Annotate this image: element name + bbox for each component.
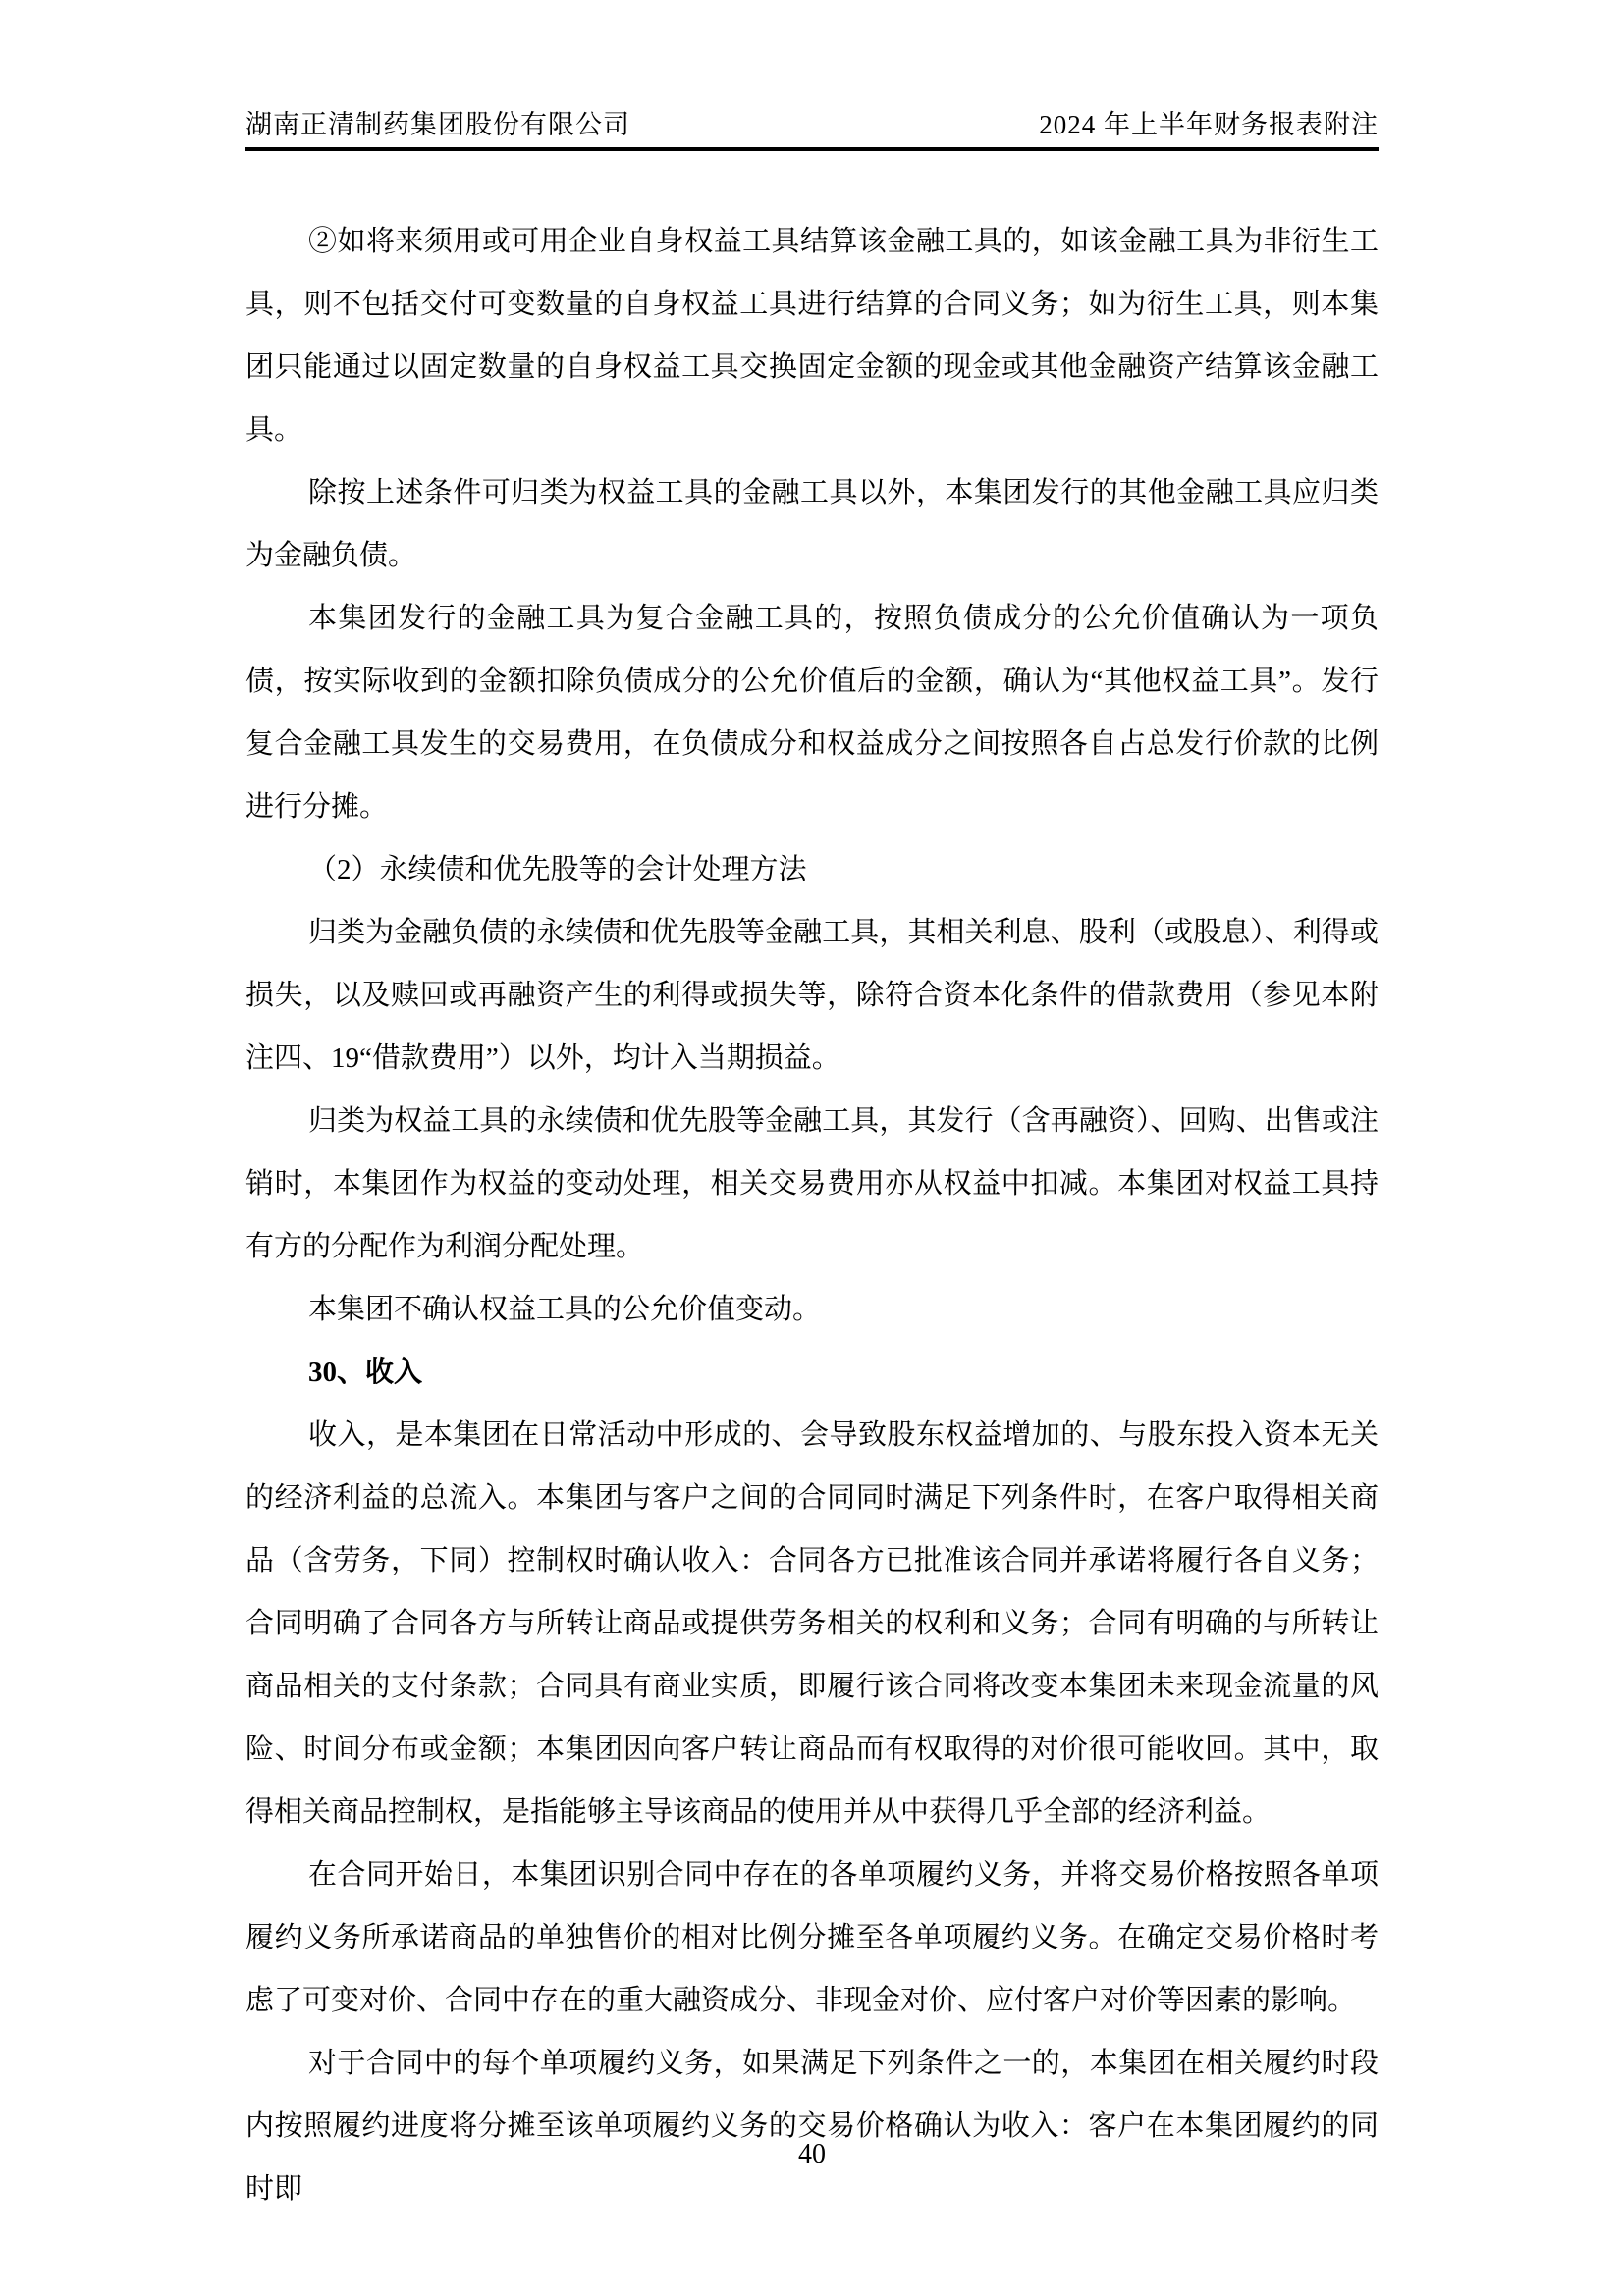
paragraph-no-fair-value-change: 本集团不确认权益工具的公允价值变动。 [245,1278,1379,1341]
paragraph-revenue-definition: 收入，是本集团在日常活动中形成的、会导致股东权益增加的、与股东投入资本无关的经济… [245,1404,1379,1843]
document-page: 湖南正清制药集团股份有限公司 2024 年上半年财务报表附注 ②如将来须用或可用… [0,0,1624,2296]
document-body: ②如将来须用或可用企业自身权益工具结算该金融工具的，如该金融工具为非衍生工具，则… [245,210,1379,2220]
paragraph-compound-financial-instruments: 本集团发行的金融工具为复合金融工具的，按照负债成分的公允价值确认为一项负债，按实… [245,587,1379,838]
subheading-perpetual-bonds-preferred-shares: （2）永续债和优先股等的会计处理方法 [245,838,1379,901]
report-title: 2024 年上半年财务报表附注 [1039,110,1379,139]
page-header: 湖南正清制药集团股份有限公司 2024 年上半年财务报表附注 [245,0,1379,151]
section-heading-revenue: 30、收入 [245,1341,1379,1404]
paragraph-perpetual-bonds-as-equity: 归类为权益工具的永续债和优先股等金融工具，其发行（含再融资）、回购、出售或注销时… [245,1090,1379,1278]
page-number: 40 [798,2139,826,2169]
page-footer: 40 [0,2138,1624,2171]
paragraph-performance-obligation-conditions: 对于合同中的每个单项履约义务，如果满足下列条件之一的，本集团在相关履约时段内按照… [245,2032,1379,2220]
paragraph-financial-instrument-settlement: ②如将来须用或可用企业自身权益工具结算该金融工具的，如该金融工具为非衍生工具，则… [245,210,1379,461]
paragraph-financial-liability-classification: 除按上述条件可归类为权益工具的金融工具以外，本集团发行的其他金融工具应归类为金融… [245,461,1379,587]
company-name: 湖南正清制药集团股份有限公司 [245,110,630,139]
paragraph-perpetual-bonds-as-liability: 归类为金融负债的永续债和优先股等金融工具，其相关利息、股利（或股息）、利得或损失… [245,901,1379,1090]
paragraph-contract-start-obligations: 在合同开始日，本集团识别合同中存在的各单项履约义务，并将交易价格按照各单项履约义… [245,1843,1379,2032]
